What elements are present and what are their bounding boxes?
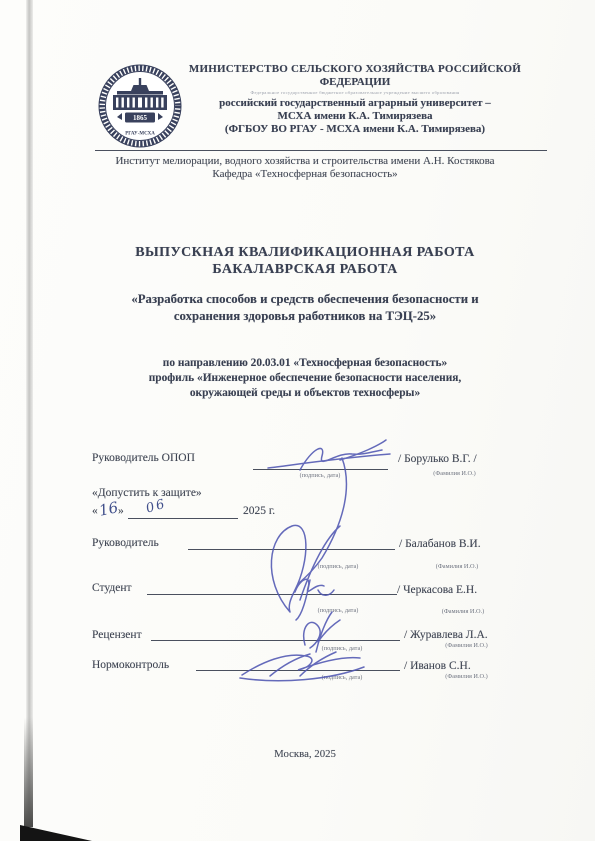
reviewer-name: / Журавлева Л.А.	[404, 629, 488, 641]
opop-head-name: / Борулько В.Г. /	[398, 453, 477, 465]
supervisor-name: / Балабанов В.И.	[399, 538, 481, 550]
name-initials-caption: (Фамилия И.О.)	[414, 673, 519, 680]
department-name: Кафедра «Техносферная безопасность»	[50, 168, 560, 180]
scan-corner-shadow	[20, 825, 92, 841]
university-line2: МСХА имени К.А. Тимирязева	[150, 110, 560, 122]
seal-year: 1865	[133, 114, 148, 122]
topic-line2: сохранения здоровья работников на ТЭЦ-25…	[45, 309, 565, 324]
reviewer-signature-line	[151, 626, 400, 641]
admit-to-defense-label: «Допустить к защите»	[92, 487, 202, 499]
scan-page-edge	[26, 0, 33, 841]
handwritten-day: 16	[97, 498, 119, 520]
supervisor-signature-line	[188, 535, 395, 550]
university-line3: (ФГБОУ ВО РГАУ - МСХА имени К.А. Тимиряз…	[150, 123, 560, 135]
city-year: Москва, 2025	[55, 748, 555, 760]
header-divider	[95, 150, 547, 151]
scanned-title-page: 1865 РГАУ-МСХА МИНИСТЕРСТВО СЕЛЬСКОГО ХО…	[0, 0, 595, 841]
signature-date-caption: (подпись, дата)	[268, 607, 408, 614]
student-name: / Черкасова Е.Н.	[397, 584, 477, 596]
signature-date-caption: (подпись, дата)	[250, 472, 390, 479]
institute-name: Институт мелиорации, водного хозяйства и…	[50, 155, 560, 167]
direction-line1: по направлению 20.03.01 «Техносферная бе…	[55, 357, 555, 369]
norm-control-name: / Иванов С.Н.	[404, 660, 471, 672]
ministry-line2: ФЕДЕРАЦИИ	[150, 76, 560, 88]
work-type-line1: ВЫПУСКНАЯ КВАЛИФИКАЦИОННАЯ РАБОТА	[55, 245, 555, 261]
direction-line3: окружающей среды и объектов техносферы»	[55, 387, 555, 399]
day-quote-open: «	[92, 505, 98, 517]
opop-signature-line	[253, 455, 388, 470]
reviewer-label: Рецензент	[92, 629, 142, 641]
year-label: 2025 г.	[243, 505, 275, 517]
signature-date-caption: (подпись, дата)	[272, 674, 412, 681]
signature-date-caption: (подпись, дата)	[268, 563, 408, 570]
ministry-line1: МИНИСТЕРСТВО СЕЛЬСКОГО ХОЗЯЙСТВА РОССИЙС…	[150, 63, 560, 75]
norm-control-label: Нормоконтроль	[92, 659, 169, 671]
name-initials-caption: (Фамилия И.О.)	[402, 470, 507, 477]
topic-line1: «Разработка способов и средств обеспечен…	[45, 292, 565, 307]
university-line1: российский государственный аграрный унив…	[150, 97, 560, 109]
student-label: Студент	[92, 582, 132, 594]
name-initials-caption: (Фамилия И.О.)	[402, 563, 512, 570]
opop-head-label: Руководитель ОПОП	[92, 452, 195, 464]
work-type-line2: БАКАЛАВРСКАЯ РАБОТА	[55, 262, 555, 278]
scan-binding-shadow	[24, 717, 33, 827]
supervisor-label: Руководитель	[92, 537, 159, 549]
norm-control-signature-line	[196, 656, 400, 671]
name-initials-caption: (Фамилия И.О.)	[408, 608, 518, 615]
direction-line2: профиль «Инженерное обеспечение безопасн…	[55, 372, 555, 384]
month-line	[128, 505, 238, 519]
name-initials-caption: (Фамилия И.О.)	[414, 642, 519, 649]
day-quote-close: »	[118, 505, 124, 517]
signature-date-caption: (подпись, дата)	[272, 645, 412, 652]
student-signature-line	[147, 580, 397, 595]
founding-note: Федеральное государственное бюджетное об…	[150, 90, 560, 95]
